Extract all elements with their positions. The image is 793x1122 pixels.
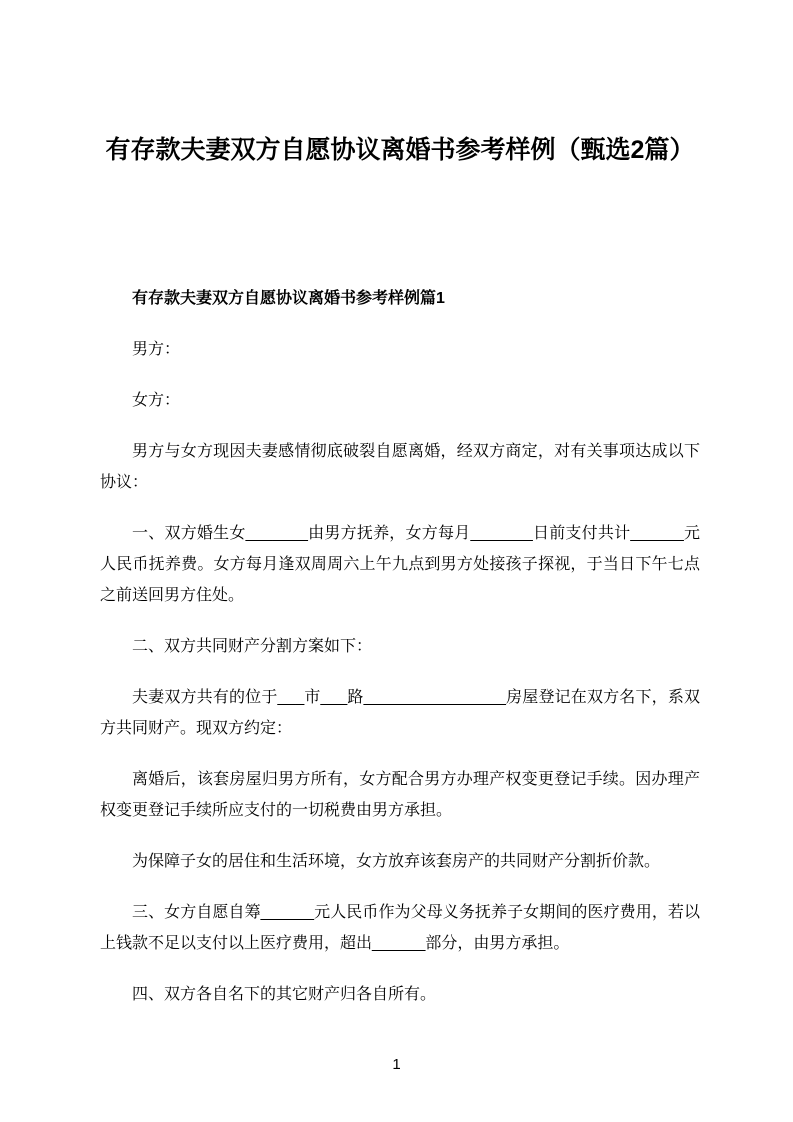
document-title: 有存款夫妻双方自愿协议离婚书参考样例（甄选2篇） <box>100 133 700 167</box>
page-number: 1 <box>0 1057 793 1072</box>
section-heading: 有存款夫妻双方自愿协议离婚书参考样例篇1 <box>100 283 700 314</box>
paragraph-intro: 男方与女方现因夫妻感情彻底破裂自愿离婚，经双方商定，对有关事项达成以下协议： <box>100 436 700 498</box>
paragraph-clause-2-waiver: 为保障子女的居住和生活环境，女方放弃该套房产的共同财产分割折价款。 <box>100 846 700 877</box>
paragraph-clause-2-house-ownership: 离婚后，该套房屋归男方所有，女方配合男方办理产权变更登记手续。因办理产权变更登记… <box>100 764 700 826</box>
paragraph-clause-4-other-property: 四、双方各自名下的其它财产归各自所有。 <box>100 979 700 1010</box>
paragraph-clause-1-custody: 一、双方婚生女_______由男方抚养，女方每月_______日前支付共计___… <box>100 518 700 611</box>
document-page: 有存款夫妻双方自愿协议离婚书参考样例（甄选2篇） 有存款夫妻双方自愿协议离婚书参… <box>0 0 793 1122</box>
paragraph-wife-label: 女方： <box>100 385 700 416</box>
paragraph-clause-2-property: 夫妻双方共有的位于___市___路________________房屋登记在双方… <box>100 682 700 744</box>
paragraph-clause-3-medical-fund: 三、女方自愿自筹______元人民币作为父母义务抚养子女期间的医疗费用，若以上钱… <box>100 897 700 959</box>
paragraph-husband-label: 男方： <box>100 334 700 365</box>
paragraph-clause-2-heading: 二、双方共同财产分割方案如下： <box>100 631 700 662</box>
